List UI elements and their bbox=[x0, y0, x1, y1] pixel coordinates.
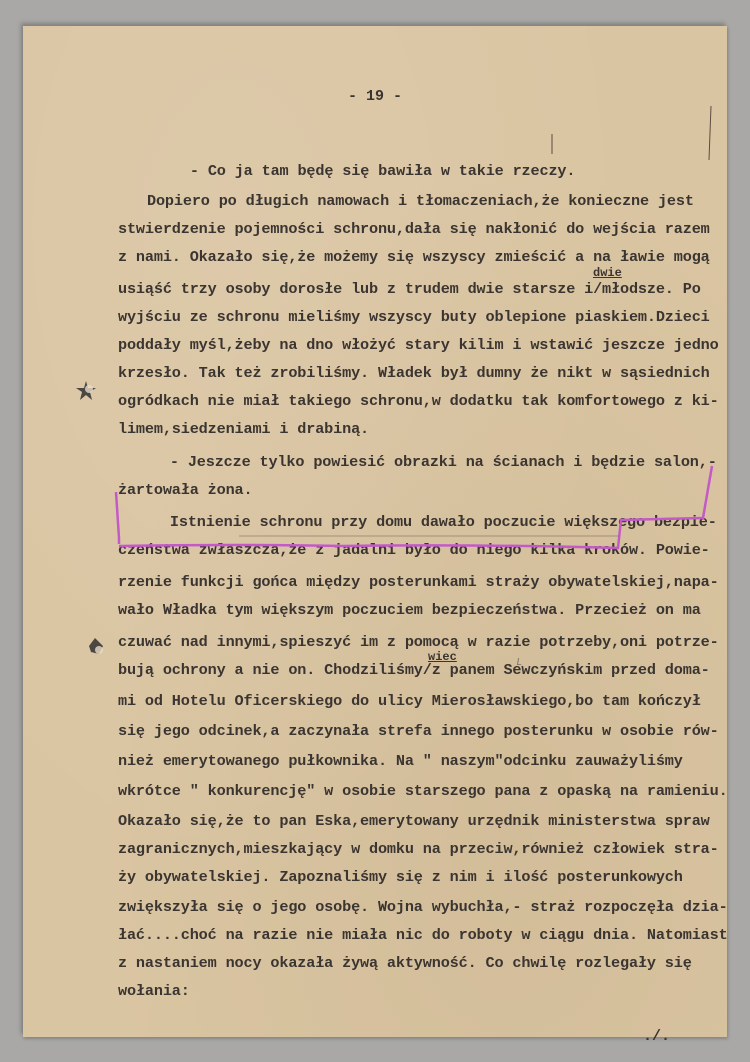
torn-hole-mark-icon bbox=[87, 636, 109, 658]
text-line: Dopiero po długich namowach i tłomaczeni… bbox=[147, 192, 694, 210]
text-line: stwierdzenie pojemności schronu,dała się… bbox=[118, 220, 710, 238]
pencil-margin-line bbox=[709, 106, 711, 160]
pencil-note: ւ bbox=[516, 654, 523, 669]
text-line: bują ochrony a nie on. Chodziliśmy/z pan… bbox=[118, 661, 710, 679]
text-line: krzesło. Tak też zrobiliśmy. Władek był … bbox=[118, 364, 710, 382]
text-line: z nami. Okazało się,że możemy się wszysc… bbox=[118, 248, 710, 266]
text-line: ogródkach nie miał takiego schronu,w dod… bbox=[118, 392, 719, 410]
highlight-bracket-right bbox=[119, 466, 712, 548]
interlinear-insertion: wiec bbox=[428, 650, 457, 664]
text-line: nież emerytowanego pułkownika. Na " nasz… bbox=[118, 752, 683, 770]
interlinear-insertion: dwie bbox=[593, 266, 622, 280]
text-line: Okazało się,że to pan Eska,emerytowany u… bbox=[118, 812, 710, 830]
text-line: ży obywatelskiej. Zapoznaliśmy się z nim… bbox=[118, 868, 683, 886]
text-line: z nastaniem nocy okazała żywą aktywność.… bbox=[118, 954, 692, 972]
continuation-mark: ./. bbox=[643, 1028, 670, 1045]
text-line: wyjściu ze schronu mieliśmy wszyscy buty… bbox=[118, 308, 710, 326]
text-line: wało Władka tym większym poczuciem bezpi… bbox=[118, 601, 701, 619]
text-line: zagranicznych,mieszkający w domku na prz… bbox=[118, 840, 719, 858]
text-line: czuwać nad innymi,spieszyć im z pomocą w… bbox=[118, 633, 719, 651]
text-line: się jego odcinek,a zaczynała strefa inne… bbox=[118, 722, 719, 740]
text-line: wkrótce " konkurencję" w osobie starszeg… bbox=[118, 782, 728, 800]
text-line: - Jeszcze tylko powiesić obrazki na ścia… bbox=[143, 453, 717, 471]
text-line: poddały myśl,żeby na dno włożyć stary ki… bbox=[118, 336, 719, 354]
text-line: mi od Hotelu Oficerskiego do ulicy Miero… bbox=[118, 692, 701, 710]
star-hole-mark-icon bbox=[75, 380, 97, 402]
document-page: - 19 - - Co ja tam będę się bawiła w tak… bbox=[23, 26, 727, 1037]
text-line: żartowała żona. bbox=[118, 481, 252, 499]
page-number: - 19 - bbox=[23, 88, 727, 105]
text-line: rzenie funkcji gońca między posterunkami… bbox=[118, 573, 719, 591]
text-line: łać....choć na razie nie miała nic do ro… bbox=[118, 926, 728, 944]
text-line: Istnienie schronu przy domu dawało poczu… bbox=[143, 513, 717, 531]
text-line: - Co ja tam będę się bawiła w takie rzec… bbox=[163, 162, 575, 180]
text-line-highlighted: czeństwa zwłaszcza,że z jadalni było do … bbox=[118, 541, 710, 559]
highlight-bracket-left bbox=[116, 492, 119, 544]
text-line: zwiększyła się o jego osobę. Wojna wybuc… bbox=[118, 898, 728, 916]
text-line: usiąść trzy osoby dorosłe lub z trudem d… bbox=[118, 280, 701, 298]
text-line: limem,siedzeniami i drabiną. bbox=[118, 420, 369, 438]
text-line: wołania: bbox=[118, 982, 190, 1000]
